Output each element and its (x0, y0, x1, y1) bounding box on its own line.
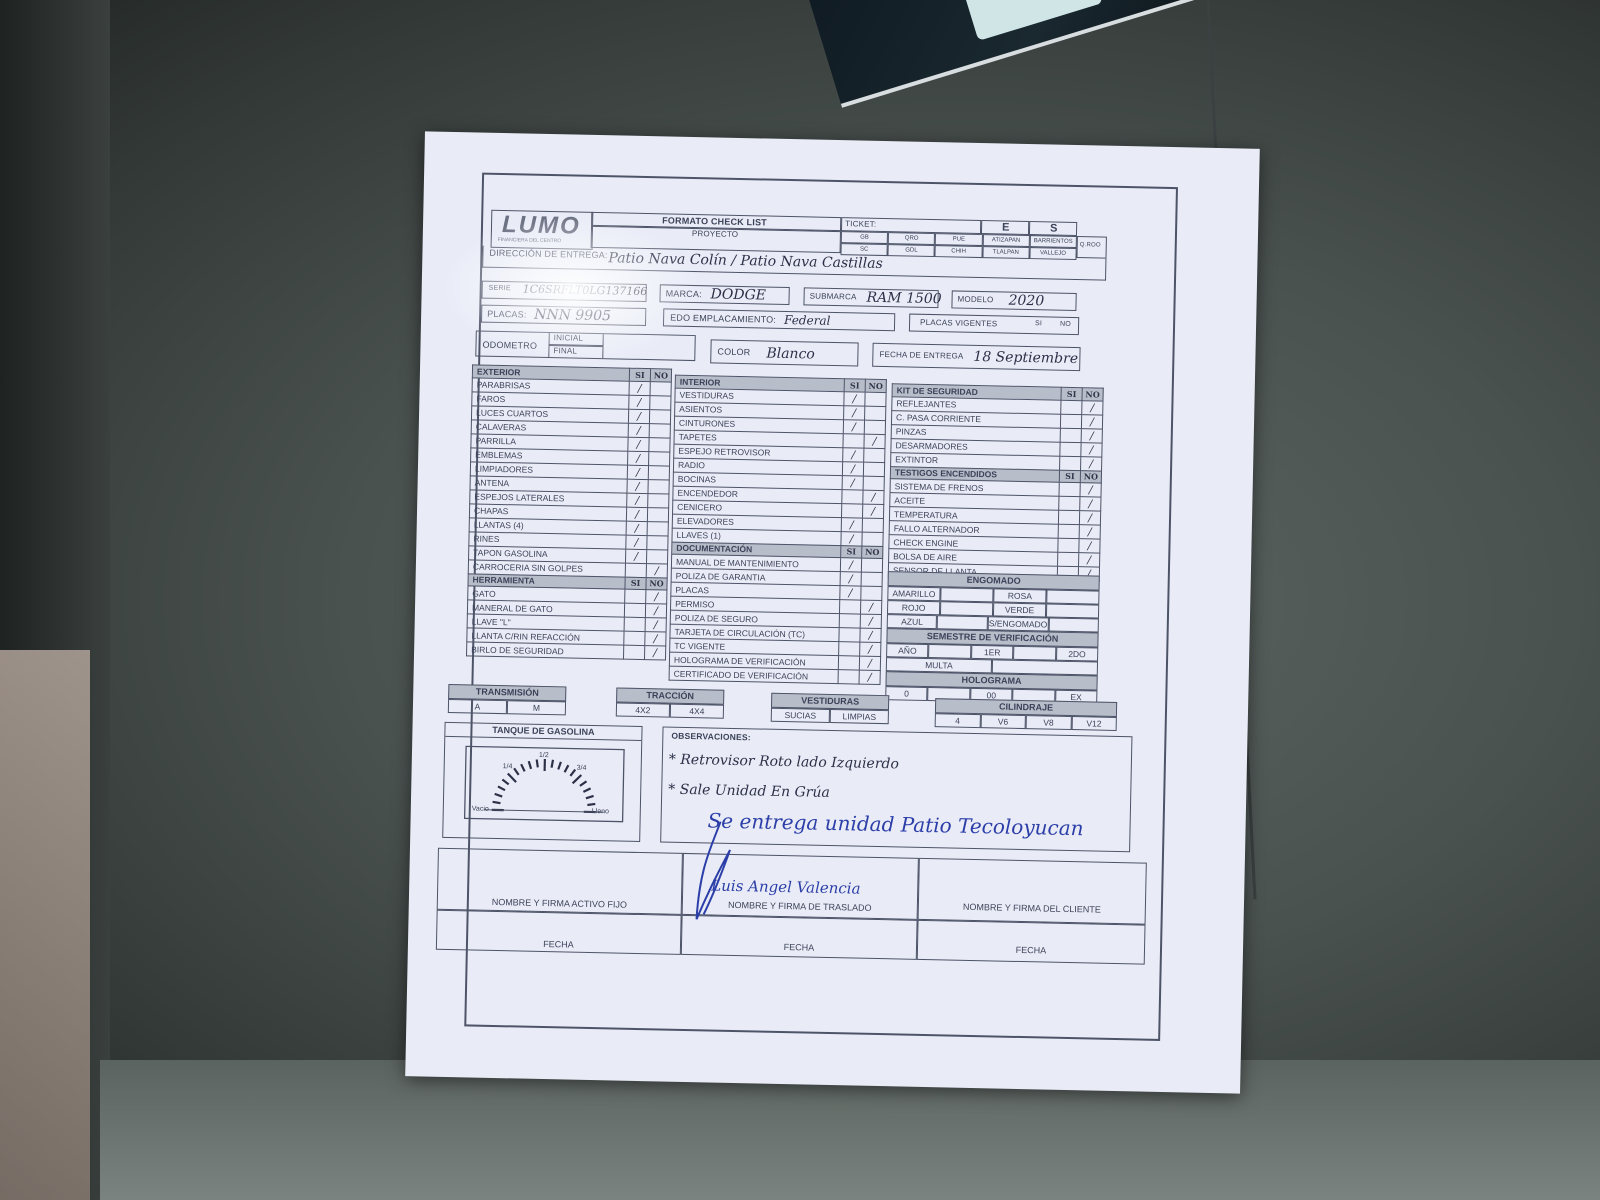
si-checkbox[interactable] (1060, 456, 1081, 470)
si-header: SI (844, 379, 865, 392)
vehicle-booklet (800, 0, 1244, 108)
option-cell[interactable]: 0 (885, 686, 928, 701)
color-field: COLOR Blanco (710, 339, 858, 366)
si-checkbox[interactable]: / (844, 405, 865, 419)
no-checkbox[interactable] (646, 549, 667, 563)
signature-scribble-icon (688, 819, 740, 930)
si-checkbox[interactable] (1058, 538, 1079, 552)
submarca-value: RAM 1500 (866, 290, 941, 308)
no-checkbox[interactable]: / (1080, 483, 1101, 497)
ticket-s: S (1029, 221, 1077, 236)
branch-option: PUE (935, 233, 982, 246)
option-cell[interactable]: AÑO (886, 643, 929, 658)
no-checkbox[interactable]: / (1079, 539, 1100, 553)
option-cell[interactable] (1046, 589, 1099, 604)
option-cell[interactable]: ROJO (887, 600, 940, 615)
si-checkbox[interactable]: / (629, 395, 650, 409)
si-checkbox[interactable]: / (843, 447, 864, 461)
si-checkbox[interactable]: / (841, 531, 862, 545)
vestiduras-option[interactable]: SUCIAS (771, 708, 830, 723)
option-cell[interactable] (937, 615, 988, 630)
si-checkbox[interactable] (843, 433, 864, 447)
ticket-s-label: S (1050, 222, 1058, 234)
si-checkbox[interactable] (1060, 428, 1081, 442)
option-cell[interactable]: AZUL (887, 614, 938, 629)
cilindraje-option[interactable]: V12 (1071, 716, 1117, 731)
si-checkbox[interactable]: / (628, 423, 649, 437)
traccion-section: TRACCIÓN4X24X4 (616, 687, 725, 718)
si-checkbox[interactable] (1059, 496, 1080, 510)
branch-option: ATIZAPAN (982, 234, 1029, 247)
vestiduras-option[interactable]: LIMPIAS (830, 709, 889, 724)
no-checkbox[interactable]: / (859, 670, 880, 684)
no-checkbox[interactable] (649, 437, 670, 451)
checklist-paper: LUMO FINANCIERA DEL CENTRO FORMATO CHECK… (405, 131, 1260, 1093)
fecha-label: FECHA (682, 940, 916, 955)
si-checkbox[interactable]: / (627, 493, 648, 507)
no-header: NO (1080, 470, 1101, 483)
si-header: SI (1059, 470, 1080, 483)
gauge-full-label: Lleno (592, 808, 609, 815)
gauge-quarter-label: 1/4 (503, 763, 513, 770)
placas-vigentes-si: SI (1035, 320, 1042, 327)
no-checkbox[interactable]: / (1081, 456, 1102, 470)
modelo-label: MODELO (957, 295, 993, 305)
no-checkbox[interactable] (647, 507, 668, 521)
no-checkbox[interactable]: / (1079, 511, 1100, 525)
no-checkbox[interactable]: / (1081, 442, 1102, 456)
option-cell[interactable] (1013, 646, 1056, 661)
no-checkbox[interactable]: / (860, 614, 881, 628)
item-label: BIRLO DE SEGURIDAD (467, 642, 624, 659)
si-checkbox[interactable] (1061, 400, 1082, 414)
no-checkbox[interactable] (864, 448, 885, 462)
branch-option: GB (841, 231, 888, 244)
si-checkbox[interactable]: / (628, 409, 649, 423)
color-value: Blanco (766, 346, 815, 363)
transmision-section: TRANSMISIÓNAM (448, 684, 567, 715)
no-checkbox[interactable]: / (644, 646, 665, 660)
kit-seguridad-table: KIT DE SEGURIDADSINOREFLEJANTES/C. PASA … (888, 383, 1104, 582)
no-checkbox[interactable] (865, 392, 886, 406)
no-checkbox[interactable] (865, 406, 886, 420)
si-checkbox[interactable] (839, 614, 860, 628)
option-cell[interactable] (1048, 618, 1099, 633)
si-checkbox[interactable] (839, 642, 860, 656)
si-checkbox[interactable] (1058, 552, 1079, 566)
modelo-field: MODELO 2020 (951, 290, 1076, 311)
si-checkbox[interactable]: / (627, 465, 648, 479)
si-checkbox[interactable] (1059, 482, 1080, 496)
no-checkbox[interactable] (650, 395, 671, 409)
option-cell[interactable] (928, 644, 971, 659)
ticket-e-label: E (1002, 221, 1010, 233)
si-checkbox[interactable] (1058, 524, 1079, 538)
no-checkbox[interactable] (649, 451, 670, 465)
observacion-line: Se entrega unidad Patio Tecoloyucan (707, 808, 1083, 840)
si-checkbox[interactable]: / (842, 475, 863, 489)
no-checkbox[interactable] (861, 572, 882, 586)
no-checkbox[interactable]: / (1081, 414, 1102, 428)
no-header: NO (646, 577, 667, 590)
no-checkbox[interactable] (863, 476, 884, 490)
si-checkbox[interactable] (838, 670, 859, 684)
option-cell[interactable]: AMARILLO (887, 586, 940, 601)
si-checkbox[interactable]: / (628, 437, 649, 451)
branch-qroo-label: Q.ROO (1080, 242, 1101, 248)
fecha-entrega-field: FECHA DE ENTREGA 18 Septiembre (872, 343, 1080, 371)
seat-background-light (0, 650, 90, 1200)
si-checkbox[interactable] (1060, 442, 1081, 456)
no-checkbox[interactable]: / (859, 656, 880, 670)
no-checkbox[interactable]: / (864, 434, 885, 448)
si-checkbox[interactable]: / (628, 451, 649, 465)
modelo-value: 2020 (1008, 293, 1044, 310)
gauge-half-label: 1/2 (539, 752, 549, 759)
color-label: COLOR (717, 347, 750, 358)
si-checkbox[interactable] (625, 589, 646, 603)
si-checkbox[interactable] (624, 617, 645, 631)
no-checkbox[interactable]: / (646, 563, 667, 577)
engomado-section: ENGOMADOAMARILLOROSAROJOVERDEAZULS/ENGOM… (885, 571, 1100, 704)
si-checkbox[interactable] (842, 489, 863, 503)
option-cell[interactable]: S/ENGOMADO (988, 616, 1049, 631)
placas-vigentes-no: NO (1060, 321, 1071, 328)
no-checkbox[interactable]: / (860, 642, 881, 656)
no-checkbox[interactable]: / (1079, 525, 1100, 539)
no-checkbox[interactable]: / (860, 600, 881, 614)
si-checkbox[interactable] (624, 603, 645, 617)
si-header: SI (1061, 387, 1082, 400)
si-header: SI (625, 577, 646, 590)
si-checkbox[interactable] (839, 600, 860, 614)
no-checkbox[interactable]: / (860, 628, 881, 642)
tanque-section: TANQUE DE GASOLINA Vacio 1/4 1/2 3/4 Lle… (442, 722, 642, 842)
fecha-entrega-label: FECHA DE ENTREGA (879, 350, 963, 361)
branch-option: BARRIENTOS (1030, 235, 1077, 248)
option-cell[interactable]: 1ER (971, 645, 1014, 660)
no-checkbox[interactable]: / (862, 504, 883, 518)
option-cell[interactable]: 2DO (1056, 647, 1099, 662)
si-checkbox[interactable]: / (840, 558, 861, 572)
tanque-title: TANQUE DE GASOLINA (445, 723, 641, 741)
option-cell[interactable] (940, 601, 993, 616)
no-checkbox[interactable] (647, 535, 668, 549)
firma-activo-fijo: NOMBRE Y FIRMA ACTIVO FIJO (437, 848, 683, 915)
si-header: SI (841, 545, 862, 558)
light-glare (440, 212, 703, 367)
no-header: NO (865, 379, 886, 392)
cilindraje-option[interactable]: V6 (980, 714, 1026, 729)
si-header: SI (629, 368, 650, 381)
no-checkbox[interactable] (862, 532, 883, 546)
edo-value: Federal (784, 313, 831, 328)
marca-value: DODGE (710, 286, 766, 303)
placas-vigentes-field: PLACAS VIGENTES SI NO (909, 314, 1079, 336)
no-checkbox[interactable] (864, 420, 885, 434)
transmision-option[interactable]: M (507, 700, 566, 715)
firma-activo-fijo-label: NOMBRE Y FIRMA ACTIVO FIJO (438, 896, 681, 911)
si-checkbox[interactable] (623, 645, 644, 659)
interior-table: INTERIORSINOVESTIDURAS/ASIENTOS/CINTURON… (669, 375, 887, 686)
si-checkbox[interactable]: / (840, 586, 861, 600)
fecha-cliente: FECHA (917, 920, 1146, 965)
no-checkbox[interactable]: / (645, 618, 666, 632)
no-checkbox[interactable] (650, 381, 671, 395)
transmision-option[interactable]: A (448, 699, 507, 714)
observaciones-title: OBSERVACIONES: (671, 731, 751, 743)
no-checkbox[interactable]: / (645, 632, 666, 646)
firma-cliente-label: NOMBRE Y FIRMA DEL CLIENTE (919, 901, 1145, 916)
si-checkbox[interactable]: / (627, 479, 648, 493)
no-checkbox[interactable] (863, 462, 884, 476)
placas-vigentes-label: PLACAS VIGENTES (920, 318, 997, 329)
si-checkbox[interactable] (841, 503, 862, 517)
si-checkbox[interactable]: / (844, 391, 865, 405)
traccion-option[interactable]: 4X4 (670, 704, 724, 719)
ticket-e: E (981, 220, 1029, 235)
option-cell[interactable]: VERDE (993, 602, 1046, 617)
no-checkbox[interactable]: / (1080, 497, 1101, 511)
option-cell[interactable] (940, 587, 993, 602)
no-header: NO (862, 546, 883, 559)
option-cell[interactable] (992, 659, 1098, 675)
option-cell[interactable] (1046, 603, 1099, 618)
no-checkbox[interactable] (647, 521, 668, 535)
branch-option: QRO (888, 232, 935, 245)
si-checkbox[interactable]: / (840, 572, 861, 586)
si-checkbox[interactable] (624, 631, 645, 645)
si-checkbox[interactable] (1058, 510, 1079, 524)
cilindraje-option[interactable]: V8 (1026, 715, 1072, 730)
no-checkbox[interactable]: / (646, 590, 667, 604)
si-checkbox[interactable]: / (626, 535, 647, 549)
vestiduras-section: VESTIDURASSUCIASLIMPIAS (771, 693, 890, 724)
cilindraje-option[interactable]: 4 (935, 713, 981, 728)
si-checkbox[interactable]: / (626, 507, 647, 521)
fecha-label: FECHA (918, 943, 1144, 958)
item-label: CERTIFICADO DE VERIFICACIÓN (669, 666, 838, 684)
no-checkbox[interactable] (649, 409, 670, 423)
si-checkbox[interactable]: / (842, 461, 863, 475)
no-checkbox[interactable] (648, 479, 669, 493)
si-checkbox[interactable]: / (841, 517, 862, 531)
firma-cliente: NOMBRE Y FIRMA DEL CLIENTE (918, 858, 1147, 925)
no-checkbox[interactable] (861, 586, 882, 600)
si-checkbox[interactable] (839, 628, 860, 642)
submarca-field: SUBMARCA RAM 1500 (803, 287, 938, 308)
no-checkbox[interactable]: / (1079, 553, 1100, 567)
no-checkbox[interactable] (649, 423, 670, 437)
observacion-line: * Sale Unidad En Grúa (668, 782, 830, 801)
no-checkbox[interactable]: / (1082, 400, 1103, 414)
no-checkbox[interactable] (648, 465, 669, 479)
observacion-line: * Retrovisor Roto lado Izquierdo (669, 752, 899, 773)
option-cell[interactable]: ROSA (993, 588, 1046, 603)
si-checkbox[interactable] (838, 656, 859, 670)
no-checkbox[interactable]: / (645, 604, 666, 618)
si-checkbox[interactable]: / (843, 419, 864, 433)
fecha-activo-fijo: FECHA (436, 910, 682, 955)
booklet-van-image (952, 0, 1103, 41)
branch-qroo: Q.ROO (1076, 236, 1106, 259)
si-checkbox[interactable] (1060, 414, 1081, 428)
fuel-gauge-icon: Vacio 1/4 1/2 3/4 Lleno (464, 745, 626, 822)
fecha-label: FECHA (437, 937, 680, 952)
gauge-three-quarter-label: 3/4 (577, 765, 587, 772)
option-cell[interactable]: MULTA (886, 657, 992, 673)
no-checkbox[interactable] (862, 518, 883, 532)
checklist-row: BIRLO DE SEGURIDAD/ (467, 642, 666, 660)
si-checkbox[interactable]: / (626, 521, 647, 535)
no-checkbox[interactable]: / (863, 490, 884, 504)
no-checkbox[interactable] (861, 558, 882, 572)
si-checkbox[interactable] (625, 563, 646, 577)
no-checkbox[interactable] (648, 493, 669, 507)
no-header: NO (650, 369, 671, 382)
cilindraje-section: CILINDRAJE4V6V8V12 (935, 698, 1118, 731)
si-checkbox[interactable]: / (629, 381, 650, 395)
ticket-label: TICKET: (845, 219, 876, 229)
no-checkbox[interactable]: / (1081, 428, 1102, 442)
si-checkbox[interactable]: / (625, 549, 646, 563)
exterior-table: EXTERIORSINOPARABRISAS/FAROS/LUCES CUART… (466, 364, 672, 660)
fecha-entrega-value: 18 Septiembre (973, 349, 1078, 367)
submarca-label: SUBMARCA (810, 291, 857, 301)
traccion-option[interactable]: 4X2 (616, 702, 670, 717)
no-header: NO (1082, 388, 1103, 401)
gauge-empty-label: Vacio (472, 805, 489, 812)
